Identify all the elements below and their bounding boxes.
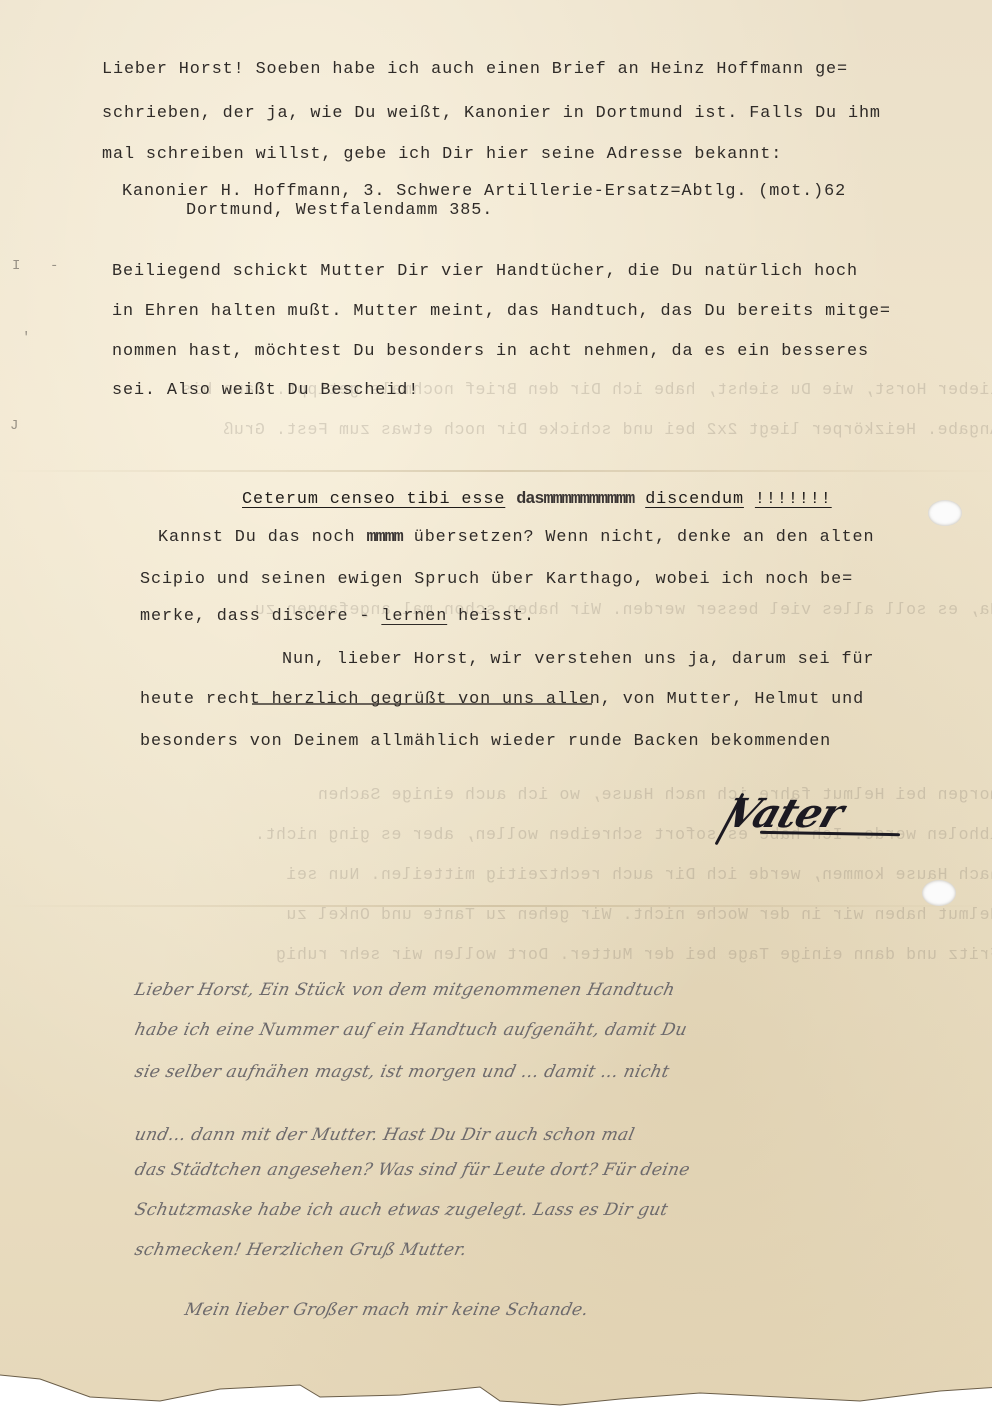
underlined-word: lernen bbox=[381, 607, 447, 626]
typed-line: Kannst Du das noch mmmm übersetzen? Wenn… bbox=[158, 528, 875, 547]
punch-hole bbox=[928, 500, 962, 526]
typed-line: Lieber Horst! Soeben habe ich auch einen… bbox=[102, 60, 848, 79]
page-edge bbox=[992, 0, 1000, 1407]
latin-suffix: discendum bbox=[645, 490, 744, 509]
punch-hole bbox=[922, 880, 956, 906]
margin-mark: J bbox=[10, 418, 18, 434]
bleed-through-text: Angabe. Heizkörper liegt 2x2 bei und sch… bbox=[60, 420, 1000, 439]
accidental-line bbox=[252, 703, 592, 705]
typed-line: mal schreiben willst, gebe ich Dir hier … bbox=[102, 145, 782, 164]
letter-page: Lieber Horst, wie Du siehst, habe ich Di… bbox=[0, 0, 1000, 1407]
bleed-through-text: nach Hause kommen, werde ich Dir auch re… bbox=[60, 865, 1000, 884]
signature: Vater bbox=[720, 790, 849, 837]
struck-text: dasmmmmmmmmmm bbox=[516, 490, 634, 509]
handwritten-line: Schutzmaske habe ich auch etwas zugelegt… bbox=[133, 1200, 670, 1220]
address-line: Dortmund, Westfalendamm 385. bbox=[186, 201, 493, 220]
handwritten-line: das Städtchen angesehen? Was sind für Le… bbox=[133, 1160, 692, 1180]
handwritten-line: Lieber Horst, Ein Stück von dem mitgenom… bbox=[133, 980, 677, 1000]
address-line: Kanonier H. Hoffmann, 3. Schwere Artille… bbox=[122, 182, 846, 201]
latin-quote: Ceterum censeo tibi esse dasmmmmmmmmmm d… bbox=[242, 490, 832, 509]
bleed-through-text: Helmut haben wir in der Woche nicht. Wir… bbox=[60, 905, 1000, 924]
typed-line: heute recht herzlich gegrüßt von uns all… bbox=[140, 690, 864, 709]
typed-line: Beiliegend schickt Mutter Dir vier Handt… bbox=[112, 262, 858, 281]
handwritten-line: habe ich eine Nummer auf ein Handtuch au… bbox=[133, 1020, 689, 1040]
handwritten-line: schmecken! Herzlichen Gruß Mutter. bbox=[133, 1240, 469, 1260]
typed-line: schrieben, der ja, wie Du weißt, Kanonie… bbox=[102, 104, 881, 123]
exclamations: !!!!!!! bbox=[755, 490, 832, 509]
typed-line: sei. Also weißt Du Bescheid! bbox=[112, 381, 419, 400]
typed-line: in Ehren halten mußt. Mutter meint, das … bbox=[112, 302, 891, 321]
typed-line: Scipio und seinen ewigen Spruch über Kar… bbox=[140, 570, 853, 589]
fold-line bbox=[0, 470, 1000, 472]
typed-line: Nun, lieber Horst, wir verstehen uns ja,… bbox=[282, 650, 874, 669]
handwritten-line: und... dann mit der Mutter. Hast Du Dir … bbox=[133, 1125, 637, 1145]
struck-text: mmmm bbox=[366, 528, 402, 547]
typed-line: merke, dass discere - lernen heisst. bbox=[140, 607, 535, 626]
bleed-through-text: morgen bei Helmut fahre ich nach Hause, … bbox=[60, 785, 1000, 804]
handwritten-line: sie selber aufnähen magst, ist morgen un… bbox=[133, 1062, 671, 1082]
torn-edge bbox=[0, 1367, 1000, 1407]
margin-mark: ' bbox=[22, 330, 30, 346]
typed-line: nommen hast, möchtest Du besonders in ac… bbox=[112, 342, 869, 361]
typed-line: besonders von Deinem allmählich wieder r… bbox=[140, 732, 831, 751]
margin-mark: I bbox=[12, 258, 20, 274]
margin-mark: - bbox=[50, 258, 58, 274]
bleed-through-text: Fritz und dann einige Tage bei der Mutte… bbox=[60, 945, 1000, 964]
handwritten-line: Mein lieber Großer mach mir keine Schand… bbox=[183, 1300, 590, 1320]
latin-prefix: Ceterum censeo tibi esse bbox=[242, 490, 505, 509]
